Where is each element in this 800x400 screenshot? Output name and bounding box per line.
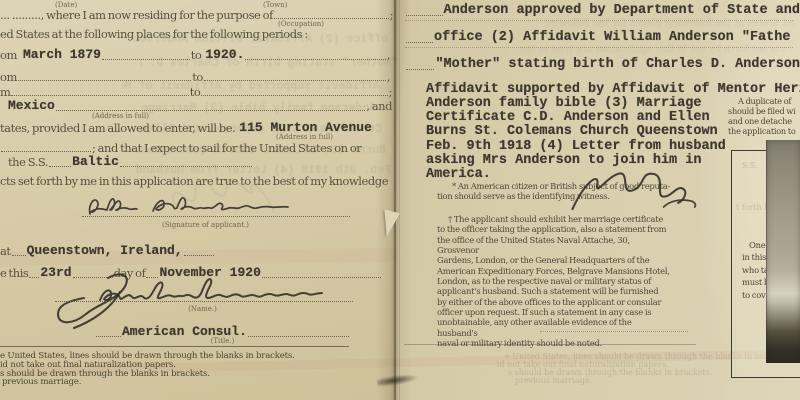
- form-row-mexico: Mexico , and: [8, 99, 392, 114]
- fold-line-2: [399, 0, 400, 400]
- footnote: previous marriage.: [2, 377, 81, 387]
- name-rule: [55, 301, 353, 302]
- form-row-enter-address: tates, provided I am allowed to enter, w…: [0, 121, 393, 136]
- dotted-leader: [56, 110, 366, 111]
- form-row-steamship: the S.S. Baltic: [8, 155, 253, 170]
- dotted-leader: [29, 277, 39, 278]
- scanned-document: (Date) (Town) office (2) Affidavit Willi…: [0, 0, 800, 400]
- fold-line: [394, 0, 396, 400]
- dotted-leader: [96, 336, 121, 337]
- dotted-leader: [406, 69, 434, 70]
- dotted-leader: [12, 255, 26, 256]
- dotted-leader: [11, 95, 188, 96]
- dotted-leader: [248, 336, 349, 337]
- typed-date-to: 1920.: [205, 47, 244, 62]
- dotted-leader: [1, 151, 91, 152]
- typed-country: Mexico: [8, 98, 55, 113]
- dotted-rule: [540, 331, 688, 332]
- dotted-rule: [405, 20, 793, 21]
- applicant-photo: [766, 140, 800, 363]
- typed-line-row: Anderson approved by Department of State…: [405, 4, 800, 19]
- dotted-leader: [184, 255, 214, 256]
- form-row-period-1: om March 1879 to 1920. ,: [0, 48, 390, 63]
- typed-date-from: March 1879: [23, 47, 101, 62]
- form-row-period-2: om to ,: [0, 70, 390, 84]
- form-row-period-3: m to ;: [0, 85, 392, 99]
- footer-rule: [0, 346, 349, 347]
- bleedthrough-text: previous marriage.: [515, 376, 592, 385]
- form-row-place: at Queenstown, Ireland,: [0, 244, 215, 259]
- dotted-leader: [18, 80, 191, 81]
- duplicate-note: A duplicate of should be filed wi and on…: [728, 96, 800, 136]
- faint-rule: [404, 344, 696, 345]
- dotted-rule: [405, 47, 793, 48]
- typed-line-row: "Mother" stating birth of Charles D. And…: [405, 58, 800, 73]
- bleedthrough-text: S.S.: [742, 161, 757, 170]
- address-in-full-label: (Address in full): [92, 112, 149, 120]
- footnote-dagger-block: † The applicant should exhibit her marri…: [437, 214, 671, 348]
- name-label: (Name.): [160, 305, 245, 313]
- dotted-leader: [245, 59, 385, 60]
- title-label: (Title.): [185, 337, 260, 345]
- dotted-leader: [406, 15, 443, 16]
- dotted-leader: [201, 95, 387, 96]
- dotted-leader: [120, 166, 252, 167]
- witness-signature-scribble: [560, 165, 705, 220]
- typed-line-row: office (2) Affidavit William Anderson "F…: [405, 31, 800, 46]
- dotted-leader: [406, 42, 433, 43]
- form-line-periods: ed States at the following places for th…: [0, 27, 308, 41]
- form-line-sail: ; and that I expect to sail for the Unit…: [0, 141, 375, 155]
- address-in-full-label: (Address in full): [276, 133, 333, 141]
- form-line-residing: ... ........., where I am now residing f…: [0, 8, 393, 22]
- typed-ship-name: Baltic: [72, 154, 119, 169]
- bleedthrough-scribble: [155, 172, 285, 222]
- dotted-leader: [49, 166, 71, 167]
- dotted-leader: [204, 80, 386, 81]
- dotted-leader: [102, 59, 190, 60]
- signature-of-applicant-label: (Signature of applicant.): [118, 221, 293, 229]
- typed-place: Queenstown, Ireland,: [27, 243, 183, 258]
